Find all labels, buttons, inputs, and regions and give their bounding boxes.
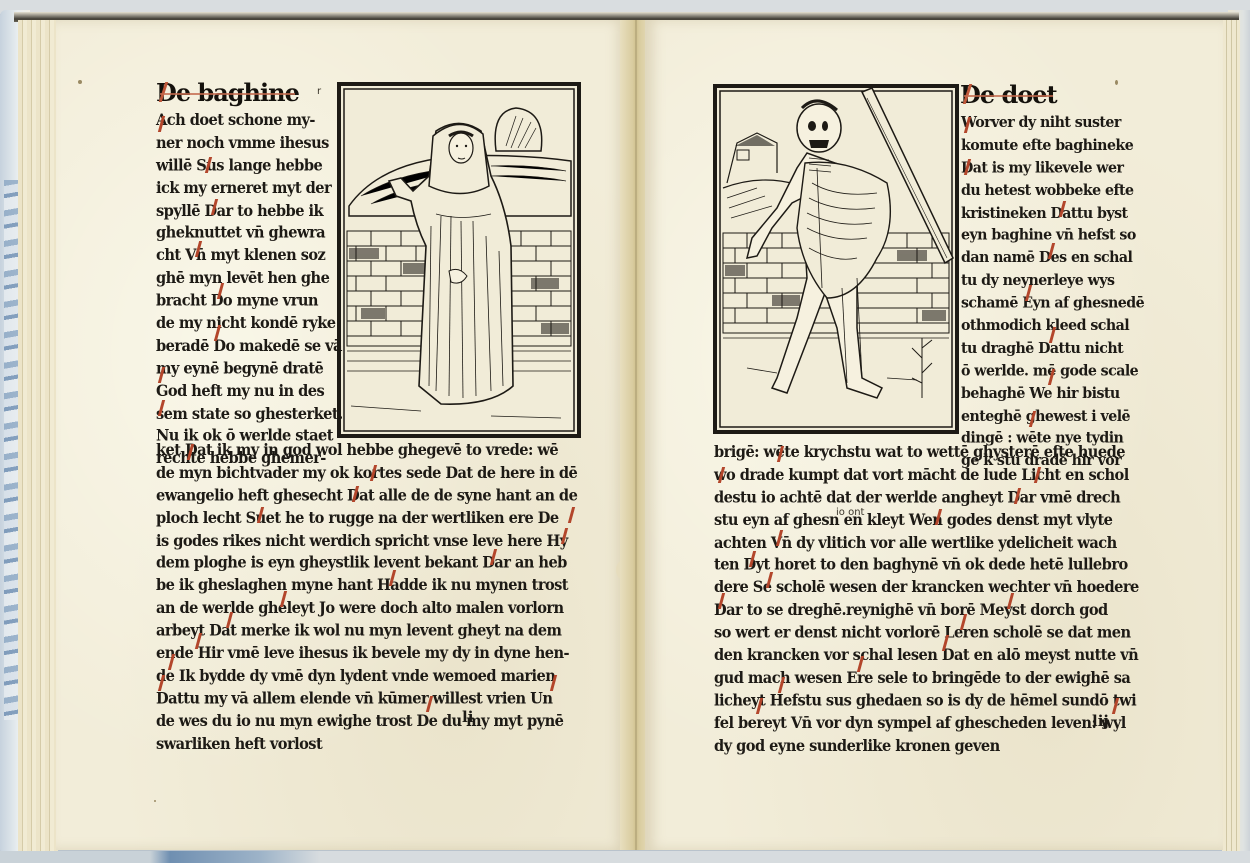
text-line: dere Se scholē wesen der krancken wechte… <box>714 577 1139 600</box>
text-line: Dattu my vā allem elende vn̄ kūmer wille… <box>156 688 577 711</box>
beguine-woodcut-icon <box>341 86 577 434</box>
text-line: enteghē ghewest i velē <box>961 405 1144 428</box>
paper-spot <box>154 800 156 802</box>
page-stack-right <box>1222 20 1240 855</box>
left-body-text: ket Dat ik my in god wol hebbe ghegevē t… <box>156 440 577 756</box>
folio-number-right: lij <box>1092 712 1109 730</box>
text-line: du hetest wobbeke efte <box>961 180 1144 203</box>
text-line: cht Vn̄ myt klenen soz <box>156 245 343 268</box>
text-line: be ik gheslaghen myne hant Hadde ik nu m… <box>156 575 577 598</box>
left-page-heading: De baghine <box>156 78 299 107</box>
text-line: schamē Eyn af ghesnedē <box>961 292 1144 315</box>
text-line: den krancken vor schal lesen Dat en alō … <box>714 645 1139 668</box>
text-line: ploch lecht Suet he to rugge na der wert… <box>156 508 577 531</box>
text-line: my eynē begynē dratē <box>156 358 343 381</box>
text-line: swarliken heft vorlost <box>156 733 577 756</box>
text-line: ghē myn levēt hen ghe <box>156 268 343 291</box>
interlinear-note: io ont <box>836 507 864 518</box>
right-body-text: brigē: wēte krychstu wat to wettē ghyste… <box>714 442 1139 758</box>
text-line: Dat is my likevele wer <box>961 157 1144 180</box>
rubric-underline <box>964 95 1053 97</box>
text-line: tu draghē Dattu nicht <box>961 338 1144 361</box>
paper-spot <box>78 80 82 84</box>
text-line: ket Dat ik my in god wol hebbe ghegevē t… <box>156 440 577 463</box>
death-woodcut-icon <box>717 88 955 430</box>
text-line: kristineken Dattu byst <box>961 202 1144 225</box>
text-line: gud mach wesen Ere sele to bringēde to d… <box>714 668 1139 691</box>
text-line: fel bereyt Vn̄ vor dyn sympel af ghesche… <box>714 713 1139 736</box>
text-line: so wert er denst nicht vorlorē Leren sch… <box>714 622 1139 645</box>
folio-number-left: li <box>462 708 473 726</box>
text-line: beradē Do makedē se vā <box>156 336 343 359</box>
text-line: de Ik bydde dy vmē dyn lydent vnde wemoe… <box>156 666 577 689</box>
rubric-underline <box>160 93 295 95</box>
text-line: dem ploghe is eyn gheystlik levent bekan… <box>156 553 577 576</box>
text-line: tu dy neynerleye wys <box>961 270 1144 293</box>
text-line: ende Hir vmē leve ihesus ik bevele my dy… <box>156 643 577 666</box>
text-line: arbeyt Dat merke ik wol nu myn levent gh… <box>156 620 577 643</box>
text-line: is godes rikes nicht werdich spricht vns… <box>156 530 577 553</box>
left-column-text: Ach doet schone my- ner noch vmme ihesus… <box>156 110 343 471</box>
paper-spot <box>1115 80 1118 85</box>
text-line: spyllē Dar to hebbe ik <box>156 200 343 223</box>
text-line: stu eyn af ghesn en kleyt Wen godes dens… <box>714 510 1139 533</box>
text-line: sem state so ghesterket. <box>156 403 343 426</box>
page-stack-left <box>18 20 58 855</box>
woodcut-death-illustration <box>713 84 959 434</box>
binding-stitch <box>635 20 637 850</box>
right-column-text: Worver dy niht suster komute efte baghin… <box>961 112 1144 473</box>
text-line: komute efte baghineke <box>961 135 1144 158</box>
right-page-heading: De doet <box>960 80 1057 109</box>
text-line: de my nicht kondē ryke <box>156 313 343 336</box>
text-line: licheyt Hefstu sus ghedaen so is dy de h… <box>714 690 1139 713</box>
text-line: Ach doet schone my- <box>156 110 343 133</box>
text-line: de myn bichtvader my ok kortes sede Dat … <box>156 463 577 486</box>
text-line: willē Sus lange hebbe <box>156 155 343 178</box>
text-line: Worver dy niht suster <box>961 112 1144 135</box>
background-bottom <box>0 851 1250 863</box>
text-line: an de werlde gheleyt Jo were doch alto m… <box>156 598 577 621</box>
text-line: ner noch vmme ihesus <box>156 133 343 156</box>
woodcut-beguine-illustration <box>337 82 581 438</box>
heading-mark: r <box>317 86 321 97</box>
text-line: gheknuttet vn̄ ghewra <box>156 223 343 246</box>
text-line: bracht Do myne vrun <box>156 290 343 313</box>
text-line: wo drade kumpt dat vort mācht de lude Li… <box>714 465 1139 488</box>
text-line: behaghē We hir bistu <box>961 383 1144 406</box>
text-line: ten Dyt horet to den baghynē vn̄ ok dede… <box>714 555 1139 578</box>
text-line: ewangelio heft ghesecht Dat alle de de s… <box>156 485 577 508</box>
text-line: dy god eyne sunderlike kronen geven <box>714 735 1139 758</box>
text-line: Dar to se dreghē.reynighē vn̄ borē Meyst… <box>714 600 1139 623</box>
text-line: ick my erneret myt der <box>156 178 343 201</box>
text-line: destu io achtē dat der werlde angheyt Da… <box>714 487 1139 510</box>
text-line: de wes du io nu myn ewighe trost De du m… <box>156 711 577 734</box>
text-line: God heft my nu in des <box>156 381 343 404</box>
